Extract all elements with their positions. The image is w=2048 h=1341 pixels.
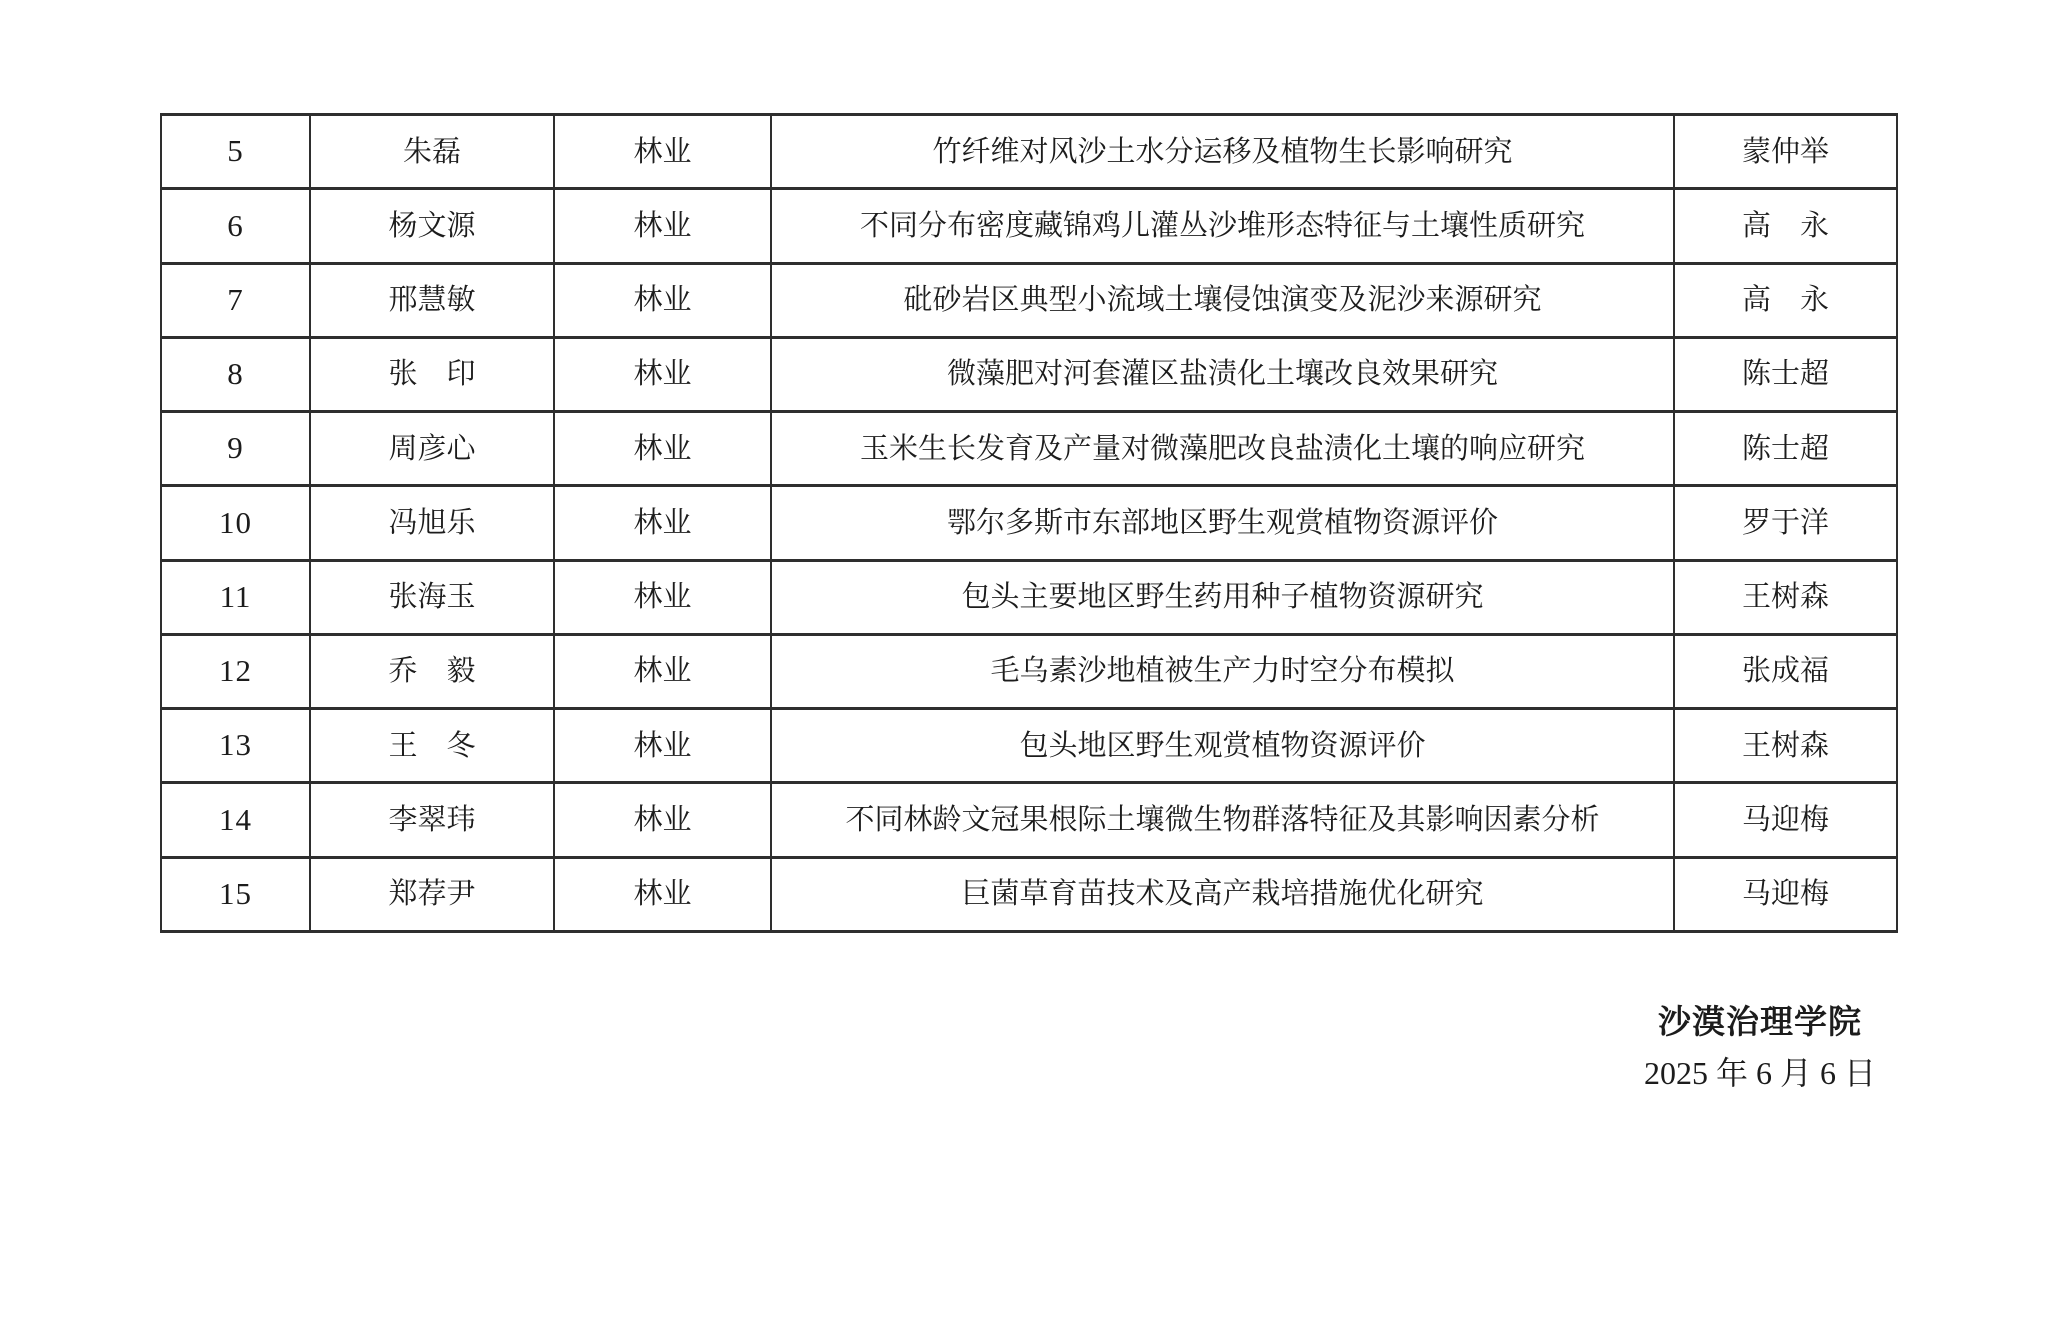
student-name-cell: 乔 毅 (310, 634, 554, 708)
thesis-title-cell: 鄂尔多斯市东部地区野生观赏植物资源评价 (771, 486, 1674, 560)
student-name-cell: 杨文源 (310, 189, 554, 263)
major-cell: 林业 (554, 709, 771, 783)
row-number-cell: 7 (161, 263, 310, 337)
major-cell: 林业 (554, 115, 771, 189)
major-cell: 林业 (554, 337, 771, 411)
advisor-cell: 马迎梅 (1674, 857, 1897, 931)
row-number-cell: 13 (161, 709, 310, 783)
advisor-cell: 王树森 (1674, 560, 1897, 634)
thesis-title-cell: 包头主要地区野生药用种子植物资源研究 (771, 560, 1674, 634)
thesis-assignment-table: 5 朱磊 林业 竹纤维对风沙土水分运移及植物生长影响研究 蒙仲举 6 杨文源 林… (160, 113, 1898, 933)
advisor-cell: 马迎梅 (1674, 783, 1897, 857)
table-row: 7 邢慧敏 林业 砒砂岩区典型小流域土壤侵蚀演变及泥沙来源研究 高 永 (161, 263, 1897, 337)
signature-block: 沙漠治理学院 2025 年 6 月 6 日 (1590, 1002, 1930, 1094)
table-row: 12 乔 毅 林业 毛乌素沙地植被生产力时空分布模拟 张成福 (161, 634, 1897, 708)
row-number-cell: 14 (161, 783, 310, 857)
table-row: 6 杨文源 林业 不同分布密度藏锦鸡儿灌丛沙堆形态特征与土壤性质研究 高 永 (161, 189, 1897, 263)
major-cell: 林业 (554, 560, 771, 634)
table-row: 10 冯旭乐 林业 鄂尔多斯市东部地区野生观赏植物资源评价 罗于洋 (161, 486, 1897, 560)
thesis-title-cell: 砒砂岩区典型小流域土壤侵蚀演变及泥沙来源研究 (771, 263, 1674, 337)
student-name-cell: 朱磊 (310, 115, 554, 189)
thesis-title-cell: 玉米生长发育及产量对微藻肥改良盐渍化土壤的响应研究 (771, 412, 1674, 486)
signature-date: 2025 年 6 月 6 日 (1590, 1053, 1930, 1095)
advisor-cell: 王树森 (1674, 709, 1897, 783)
table-row: 8 张 印 林业 微藻肥对河套灌区盐渍化土壤改良效果研究 陈士超 (161, 337, 1897, 411)
advisor-cell: 高 永 (1674, 263, 1897, 337)
thesis-title-cell: 竹纤维对风沙土水分运移及植物生长影响研究 (771, 115, 1674, 189)
document-page: { "page": { "background": "#ffffff", "te… (0, 0, 2048, 1341)
student-name-cell: 冯旭乐 (310, 486, 554, 560)
thesis-title-cell: 不同分布密度藏锦鸡儿灌丛沙堆形态特征与土壤性质研究 (771, 189, 1674, 263)
student-name-cell: 李翠玮 (310, 783, 554, 857)
table-row: 14 李翠玮 林业 不同林龄文冠果根际土壤微生物群落特征及其影响因素分析 马迎梅 (161, 783, 1897, 857)
student-name-cell: 王 冬 (310, 709, 554, 783)
thesis-title-cell: 毛乌素沙地植被生产力时空分布模拟 (771, 634, 1674, 708)
advisor-cell: 蒙仲举 (1674, 115, 1897, 189)
row-number-cell: 8 (161, 337, 310, 411)
row-number-cell: 11 (161, 560, 310, 634)
row-number-cell: 9 (161, 412, 310, 486)
college-signature: 沙漠治理学院 (1590, 1002, 1930, 1045)
table-row: 9 周彦心 林业 玉米生长发育及产量对微藻肥改良盐渍化土壤的响应研究 陈士超 (161, 412, 1897, 486)
table-row: 15 郑荐尹 林业 巨菌草育苗技术及高产栽培措施优化研究 马迎梅 (161, 857, 1897, 931)
student-name-cell: 邢慧敏 (310, 263, 554, 337)
row-number-cell: 10 (161, 486, 310, 560)
major-cell: 林业 (554, 412, 771, 486)
advisor-cell: 陈士超 (1674, 412, 1897, 486)
row-number-cell: 5 (161, 115, 310, 189)
major-cell: 林业 (554, 486, 771, 560)
thesis-title-cell: 微藻肥对河套灌区盐渍化土壤改良效果研究 (771, 337, 1674, 411)
table-row: 5 朱磊 林业 竹纤维对风沙土水分运移及植物生长影响研究 蒙仲举 (161, 115, 1897, 189)
student-name-cell: 周彦心 (310, 412, 554, 486)
advisor-cell: 陈士超 (1674, 337, 1897, 411)
table-row: 13 王 冬 林业 包头地区野生观赏植物资源评价 王树森 (161, 709, 1897, 783)
major-cell: 林业 (554, 189, 771, 263)
table-row: 11 张海玉 林业 包头主要地区野生药用种子植物资源研究 王树森 (161, 560, 1897, 634)
row-number-cell: 12 (161, 634, 310, 708)
major-cell: 林业 (554, 634, 771, 708)
student-name-cell: 张海玉 (310, 560, 554, 634)
major-cell: 林业 (554, 783, 771, 857)
advisor-cell: 张成福 (1674, 634, 1897, 708)
student-name-cell: 张 印 (310, 337, 554, 411)
major-cell: 林业 (554, 857, 771, 931)
row-number-cell: 15 (161, 857, 310, 931)
major-cell: 林业 (554, 263, 771, 337)
thesis-title-cell: 巨菌草育苗技术及高产栽培措施优化研究 (771, 857, 1674, 931)
advisor-cell: 高 永 (1674, 189, 1897, 263)
row-number-cell: 6 (161, 189, 310, 263)
thesis-title-cell: 包头地区野生观赏植物资源评价 (771, 709, 1674, 783)
student-name-cell: 郑荐尹 (310, 857, 554, 931)
advisor-cell: 罗于洋 (1674, 486, 1897, 560)
thesis-title-cell: 不同林龄文冠果根际土壤微生物群落特征及其影响因素分析 (771, 783, 1674, 857)
